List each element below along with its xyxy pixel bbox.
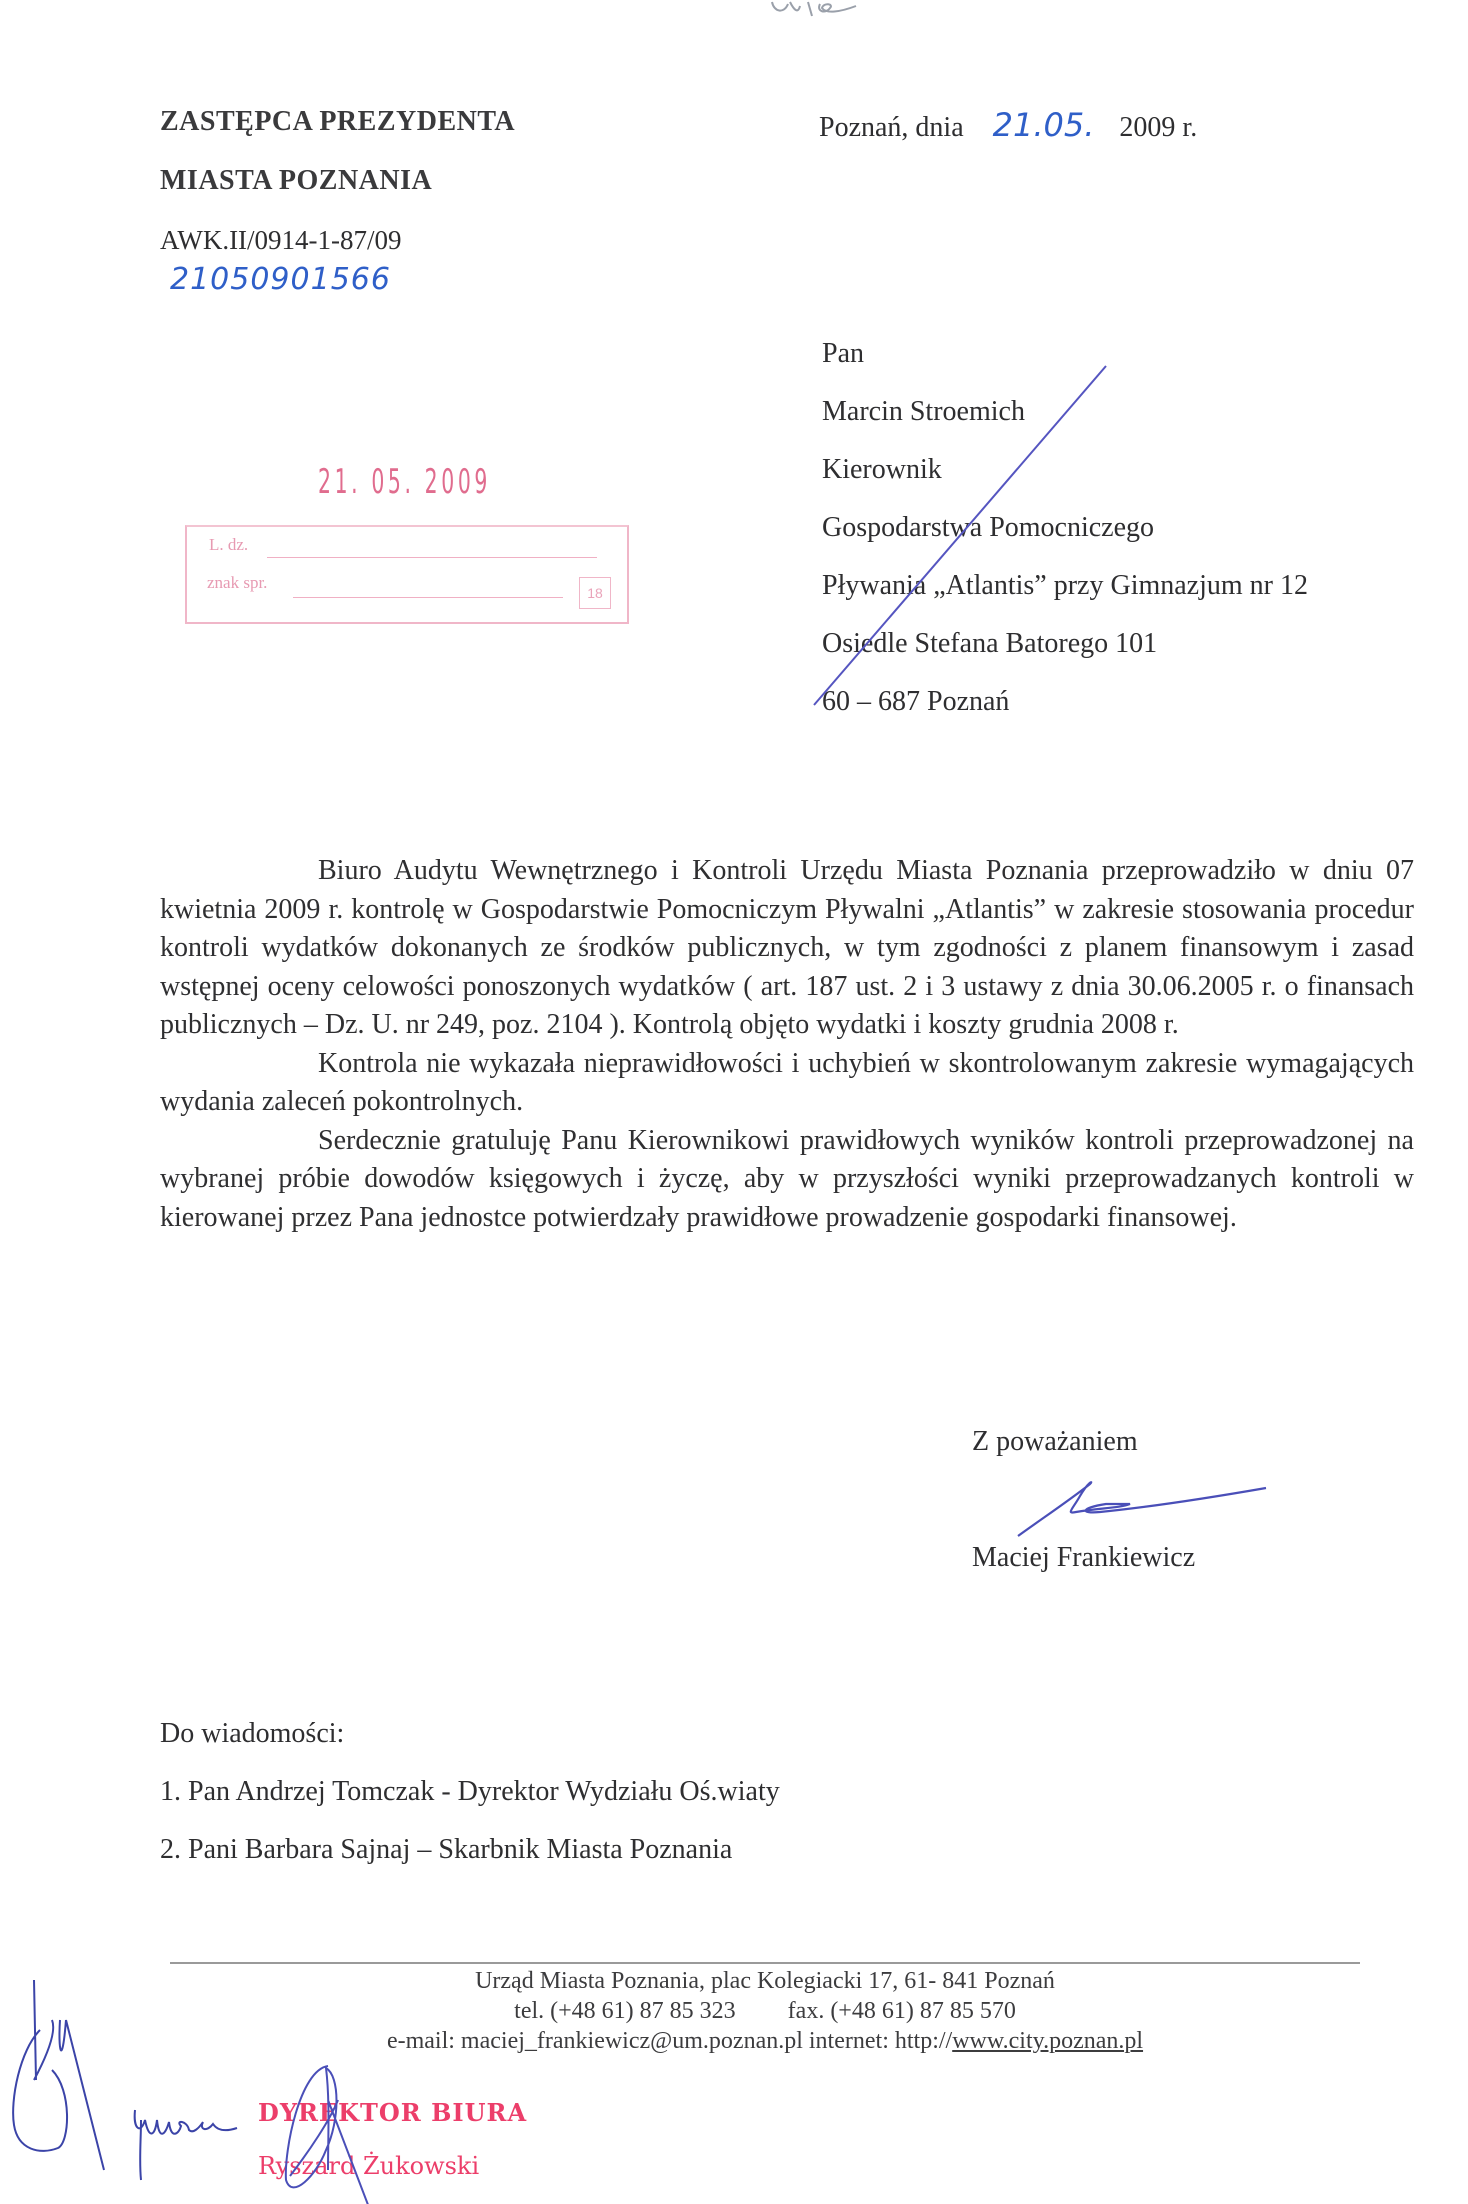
footer-fax: fax. (+48 61) 87 85 570	[788, 1998, 1016, 2024]
footer-contact-line: e-mail: maciej_frankiewicz@um.poznan.pl …	[170, 2028, 1360, 2055]
footer-phone-line: tel. (+48 61) 87 85 323 fax. (+48 61) 87…	[170, 1998, 1360, 2025]
cc-item: 2. Pani Barbara Sajnaj – Skarbnik Miasta…	[160, 1834, 732, 1866]
body-paragraph: Kontrola nie wykazała nieprawidłowości i…	[160, 1045, 1414, 1122]
cc-heading: Do wiadomości:	[160, 1718, 344, 1750]
cc-item: 1. Pan Andrzej Tomczak - Dyrektor Wydzia…	[160, 1776, 780, 1808]
letter-body: Biuro Audytu Wewnętrznego i Kontroli Urz…	[160, 852, 1414, 1237]
signatory-name: Maciej Frankiewicz	[972, 1542, 1195, 1574]
footer-website-link[interactable]: www.city.poznan.pl	[952, 2028, 1143, 2054]
footer-tel: tel. (+48 61) 87 85 323	[514, 1998, 736, 2024]
footer-email: e-mail: maciej_frankiewicz@um.poznan.pl …	[387, 2028, 952, 2054]
handwritten-signature-middle	[125, 2100, 265, 2190]
body-paragraph: Serdecznie gratuluję Panu Kierownikowi p…	[160, 1122, 1414, 1238]
footer-address: Urząd Miasta Poznania, plac Kolegiacki 1…	[170, 1968, 1360, 1995]
body-paragraph: Biuro Audytu Wewnętrznego i Kontroli Urz…	[160, 852, 1414, 1045]
signature-frankiewicz	[1010, 1470, 1310, 1550]
closing-salutation: Z poważaniem	[972, 1426, 1138, 1458]
handwritten-initials-left	[0, 1960, 130, 2200]
footer-divider	[170, 1962, 1360, 1964]
signature-zukowski	[270, 2060, 390, 2204]
